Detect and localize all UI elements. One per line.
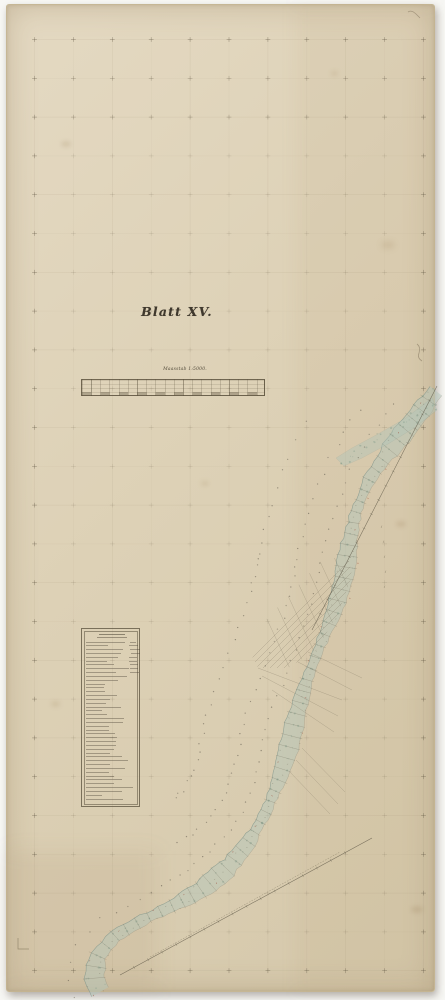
legend-row bbox=[86, 680, 118, 681]
legend-row bbox=[86, 672, 116, 673]
legend-row bbox=[129, 645, 138, 646]
legend-row bbox=[86, 676, 127, 677]
legend-row bbox=[86, 760, 128, 761]
legend-row bbox=[130, 642, 137, 643]
sheet-title: Blatt XV. bbox=[117, 304, 237, 319]
legend-row bbox=[86, 776, 114, 777]
legend-row bbox=[86, 657, 118, 658]
legend-row bbox=[86, 642, 125, 643]
scale-bar bbox=[81, 379, 265, 396]
legend-row bbox=[86, 714, 107, 715]
legend-row bbox=[86, 737, 117, 738]
scale-label: Maasstab 1:5000. bbox=[130, 367, 240, 372]
legend-row bbox=[129, 657, 137, 658]
legend-row bbox=[86, 749, 114, 750]
legend-row bbox=[130, 668, 138, 669]
legend-row bbox=[86, 741, 116, 742]
legend-row bbox=[130, 664, 138, 665]
legend-row bbox=[86, 733, 115, 734]
legend-row bbox=[86, 753, 110, 754]
legend-box bbox=[81, 628, 140, 807]
legend-row bbox=[86, 691, 105, 692]
legend-row bbox=[86, 726, 109, 727]
legend-row bbox=[86, 718, 124, 719]
legend-row bbox=[129, 661, 137, 662]
legend-row bbox=[86, 645, 108, 646]
legend-row bbox=[130, 672, 140, 673]
legend-row bbox=[86, 799, 123, 800]
map-drawing bbox=[0, 0, 445, 1000]
legend-row bbox=[86, 684, 105, 685]
legend-row bbox=[86, 707, 121, 708]
legend-row bbox=[86, 787, 133, 788]
legend-row bbox=[86, 653, 121, 654]
legend-row bbox=[99, 634, 125, 635]
legend-row bbox=[130, 649, 140, 650]
legend-row bbox=[86, 649, 123, 650]
legend-row bbox=[86, 664, 114, 665]
legend-row bbox=[86, 730, 109, 731]
legend-row bbox=[86, 745, 116, 746]
legend-row bbox=[86, 779, 122, 780]
legend-row bbox=[86, 668, 129, 669]
legend-row bbox=[97, 637, 127, 638]
legend-row bbox=[86, 695, 117, 696]
legend-row bbox=[131, 653, 140, 654]
legend-row bbox=[86, 661, 107, 662]
legend-row bbox=[86, 783, 114, 784]
legend-row bbox=[86, 772, 109, 773]
legend-row bbox=[86, 768, 125, 769]
legend-row bbox=[86, 687, 104, 688]
scale-bar-subdivisions bbox=[82, 392, 264, 395]
legend-row bbox=[86, 703, 106, 704]
scan-background: Blatt XV. Maasstab 1:5000. bbox=[0, 0, 445, 1000]
legend-row bbox=[86, 791, 122, 792]
legend-row bbox=[86, 710, 102, 711]
legend-row bbox=[86, 756, 122, 757]
legend-row bbox=[86, 764, 110, 765]
legend-row bbox=[86, 699, 110, 700]
legend-row bbox=[86, 722, 123, 723]
legend-row bbox=[86, 795, 102, 796]
